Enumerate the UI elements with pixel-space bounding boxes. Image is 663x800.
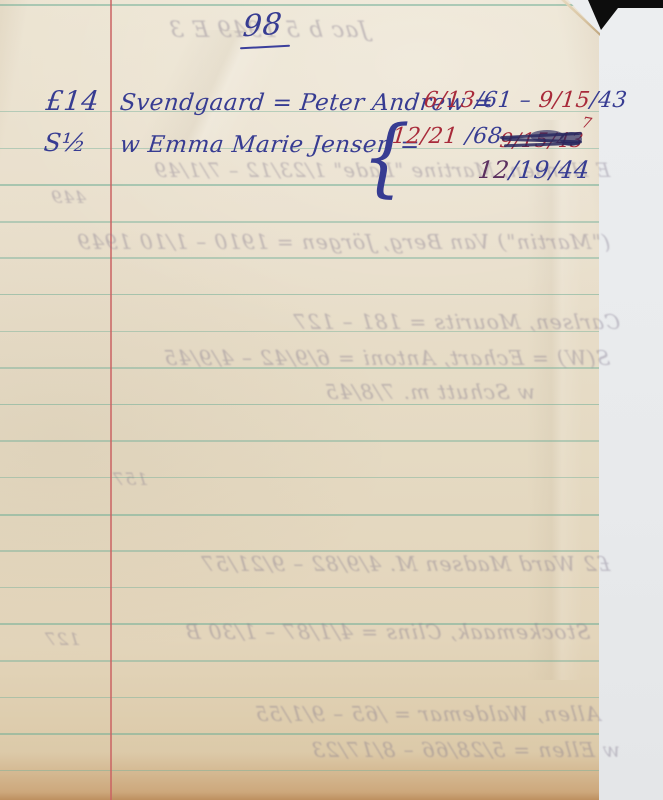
ruled-line xyxy=(0,587,599,588)
bleedthrough-text: £2 Ward Madsen M. 4/9/82 – 9/21/57 xyxy=(139,552,612,576)
scribble-blot xyxy=(530,130,564,142)
ruled-line xyxy=(0,294,599,295)
red-margin-line xyxy=(110,0,112,800)
bleedthrough-text: w Schutt m. 7/8/45 xyxy=(234,380,537,404)
bleedthrough-text: Stockemaak, Clins = 4/1/87 – 1/30 B xyxy=(139,620,592,644)
ruled-line xyxy=(0,514,599,516)
corrected-date: 12/19/44 xyxy=(477,156,592,184)
bleedthrough-text: 449 xyxy=(25,188,87,208)
entry-brace: { xyxy=(360,108,411,207)
ruled-line xyxy=(0,660,599,662)
date-part: /61 – xyxy=(474,88,540,113)
ledger-code-line1: £14 xyxy=(44,86,100,117)
struck-date: 9/15/43 xyxy=(500,126,584,154)
scribble-blot xyxy=(560,132,582,146)
bleedthrough-text: Allen, Waldemar = /65 – 9/1/55 xyxy=(139,702,602,726)
date-part: /19/44 xyxy=(508,156,591,184)
ruled-line xyxy=(0,697,599,698)
ruled-line xyxy=(0,184,599,185)
date-part: 12/21 xyxy=(391,124,460,149)
ruled-line xyxy=(0,770,599,771)
ruled-line xyxy=(0,221,599,223)
date-part: 9/15 xyxy=(537,88,591,113)
date-part: 6/13 xyxy=(423,88,477,113)
ledger-code-line2: S½ xyxy=(42,128,87,157)
page-number: 98 xyxy=(242,7,284,45)
bleedthrough-text: Carlsen, Mourits = 181 – 127 xyxy=(229,310,622,334)
bleedthrough-text: 127 xyxy=(19,630,81,650)
date-part: 12 xyxy=(477,156,511,184)
bleedthrough-text: 157 xyxy=(87,470,149,490)
entry-dates-line1: 6/13/61 – 9/15/43 xyxy=(423,88,629,113)
date-part: /43 xyxy=(589,88,629,113)
ruled-line xyxy=(0,257,599,258)
ruled-line xyxy=(0,4,599,6)
bleedthrough-text: S(W) = Echart, Antoni = 6/9/42 – 4/9/45 xyxy=(139,346,612,370)
ruled-line xyxy=(0,440,599,441)
bleedthrough-text: ("Martin") Van Berg, Jörgen = 1910 – 1/1… xyxy=(139,230,612,254)
scanned-ledger-page: { "page": { "number": "98" }, "entry": {… xyxy=(0,0,663,800)
bleedthrough-text: w Ellen = 5/28/66 – 8/17/23 xyxy=(199,738,622,762)
ruled-line xyxy=(0,404,599,405)
ruled-line xyxy=(0,733,599,734)
scanner-black-edge xyxy=(588,0,663,32)
